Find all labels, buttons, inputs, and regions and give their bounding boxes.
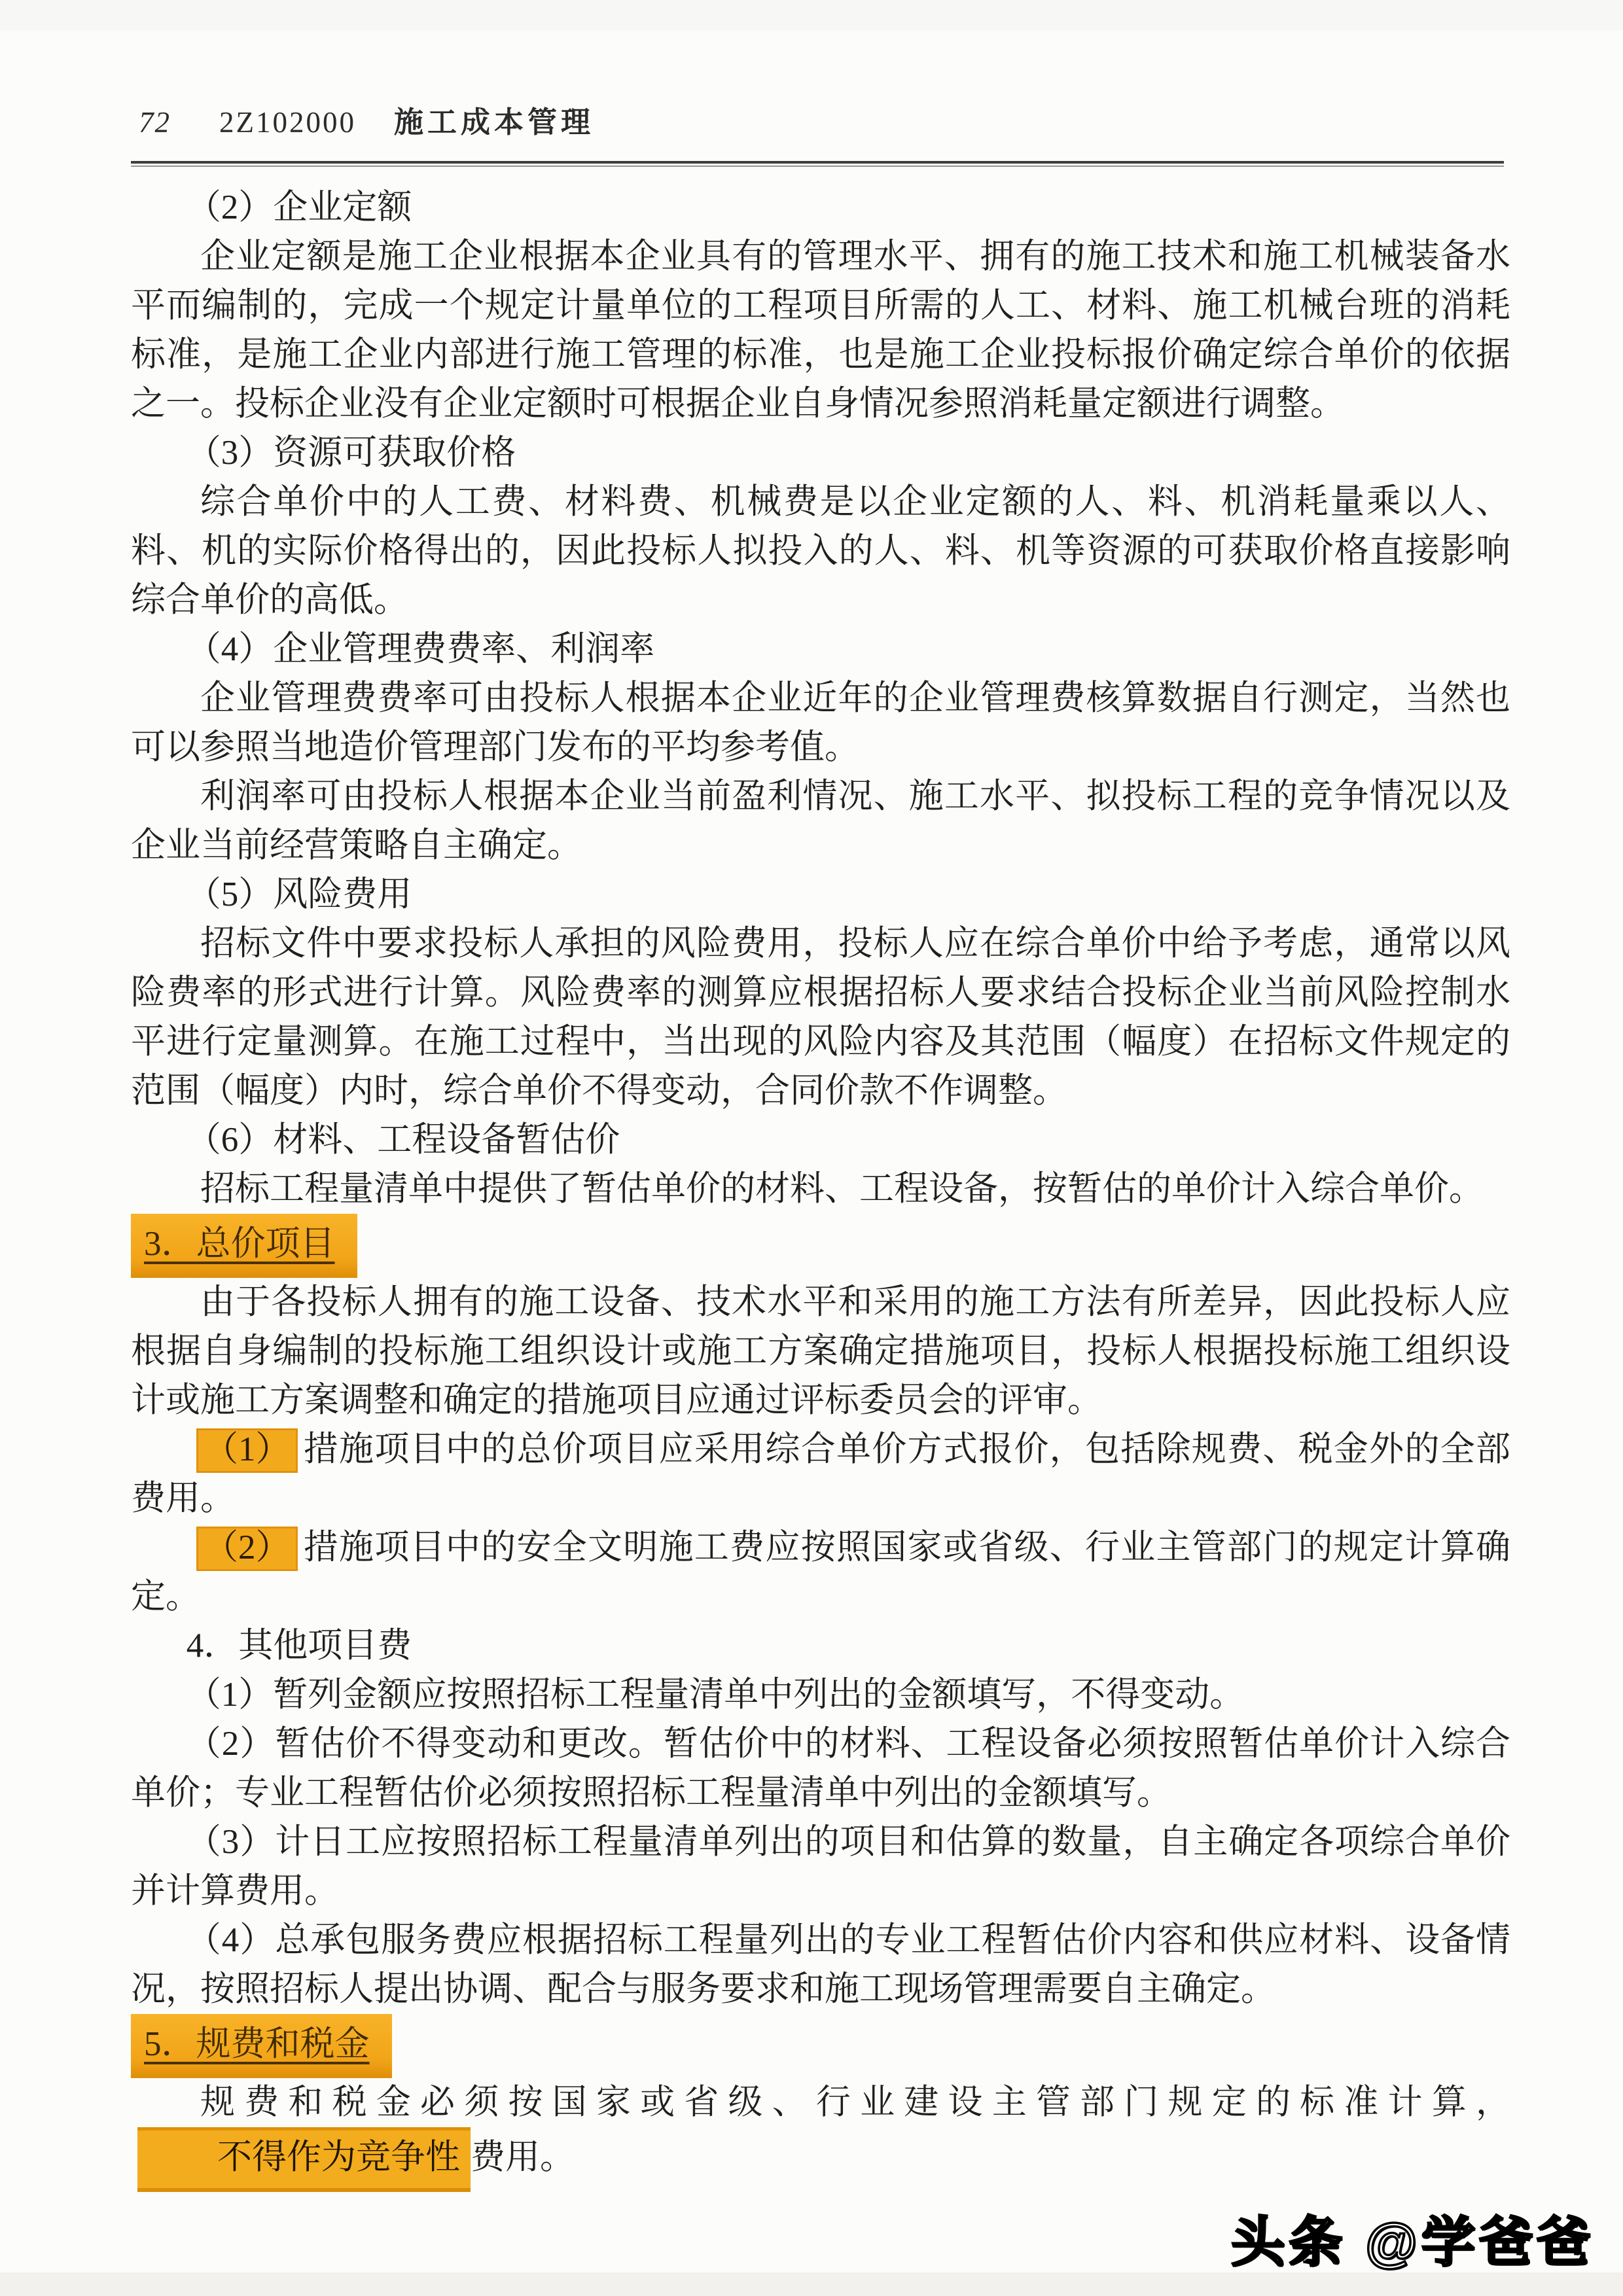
page-number: 72 [139,105,171,140]
highlighted-heading-text: 3．总价项目 [131,1214,357,1278]
scan-edge-bottom [0,2272,1623,2296]
paragraph: （2）措施项目中的安全文明施工费应按照国家或省级、行业主管部门的规定计算确定。 [131,1523,1510,1621]
scan-edge-top [0,0,1623,30]
highlight-heading: 3．总价项目 [131,1214,1510,1278]
paragraph: （2）暂估价不得变动和更改。暂估价中的材料、工程设备必须按照暂估单价计入综合单价… [131,1720,1510,1818]
paragraph: （1）暂列金额应按照招标工程量清单中列出的金额填写，不得变动。 [131,1670,1510,1720]
highlighted-heading-text: 5．规费和税金 [131,2014,392,2078]
paragraph: 利润率可由投标人根据本企业当前盈利情况、施工水平、拟投标工程的竞争情况以及企业当… [131,772,1510,870]
document-body: （2）企业定额企业定额是施工企业根据本企业具有的管理水平、拥有的施工技术和施工机… [131,183,1510,2192]
sub-heading: 4．其他项目费 [131,1621,1510,1670]
paragraph: 规费和税金必须按国家或省级、行业建设主管部门规定的标准计算，不得作为竞争性费用。 [131,2078,1510,2192]
header-divider [131,161,1504,167]
paragraph: （3）计日工应按照招标工程量清单列出的项目和估算的数量，自主确定各项综合单价并计… [131,1818,1510,1916]
paragraph: 招标文件中要求投标人承担的风险费用，投标人应在综合单价中给予考虑，通常以风险费率… [131,919,1510,1116]
paragraph: 企业定额是施工企业根据本企业具有的管理水平、拥有的施工技术和施工机械装备水平而编… [131,232,1510,429]
highlighted-marker: （1） [196,1428,298,1473]
sub-heading: （5）风险费用 [131,870,1510,919]
sub-heading: （2）企业定额 [131,183,1510,232]
page-header: 72 2Z102000 施工成本管理 [139,105,594,140]
paragraph: （1）措施项目中的总价项目应采用综合单价方式报价，包括除规费、税金外的全部费用。 [131,1425,1510,1523]
paragraph: 企业管理费费率可由投标人根据本企业近年的企业管理费核算数据自行测定，当然也可以参… [131,674,1510,772]
section-code: 2Z102000 [219,105,356,140]
highlighted-marker: （2） [196,1527,298,1571]
sub-heading: （3）资源可获取价格 [131,429,1510,478]
scanned-textbook-page: 72 2Z102000 施工成本管理 （2）企业定额企业定额是施工企业根据本企业… [0,0,1623,2296]
paragraph: 由于各投标人拥有的施工设备、技术水平和采用的施工方法有所差异，因此投标人应根据自… [131,1278,1510,1425]
sub-heading: （4）企业管理费费率、利润率 [131,625,1510,674]
watermark: 头条 @学爸爸 [1231,2200,1594,2276]
paragraph: 综合单价中的人工费、材料费、机械费是以企业定额的人、料、机消耗量乘以人、料、机的… [131,478,1510,625]
highlighted-phrase: 不得作为竞争性 [137,2127,471,2192]
section-title: 施工成本管理 [394,105,594,140]
sub-heading: （6）材料、工程设备暂估价 [131,1116,1510,1165]
paragraph: （4）总承包服务费应根据招标工程量列出的专业工程暂估价内容和供应材料、设备情况，… [131,1916,1510,2014]
paragraph: 招标工程量清单中提供了暂估单价的材料、工程设备，按暂估的单价计入综合单价。 [131,1165,1510,1214]
highlight-heading: 5．规费和税金 [131,2014,1510,2078]
